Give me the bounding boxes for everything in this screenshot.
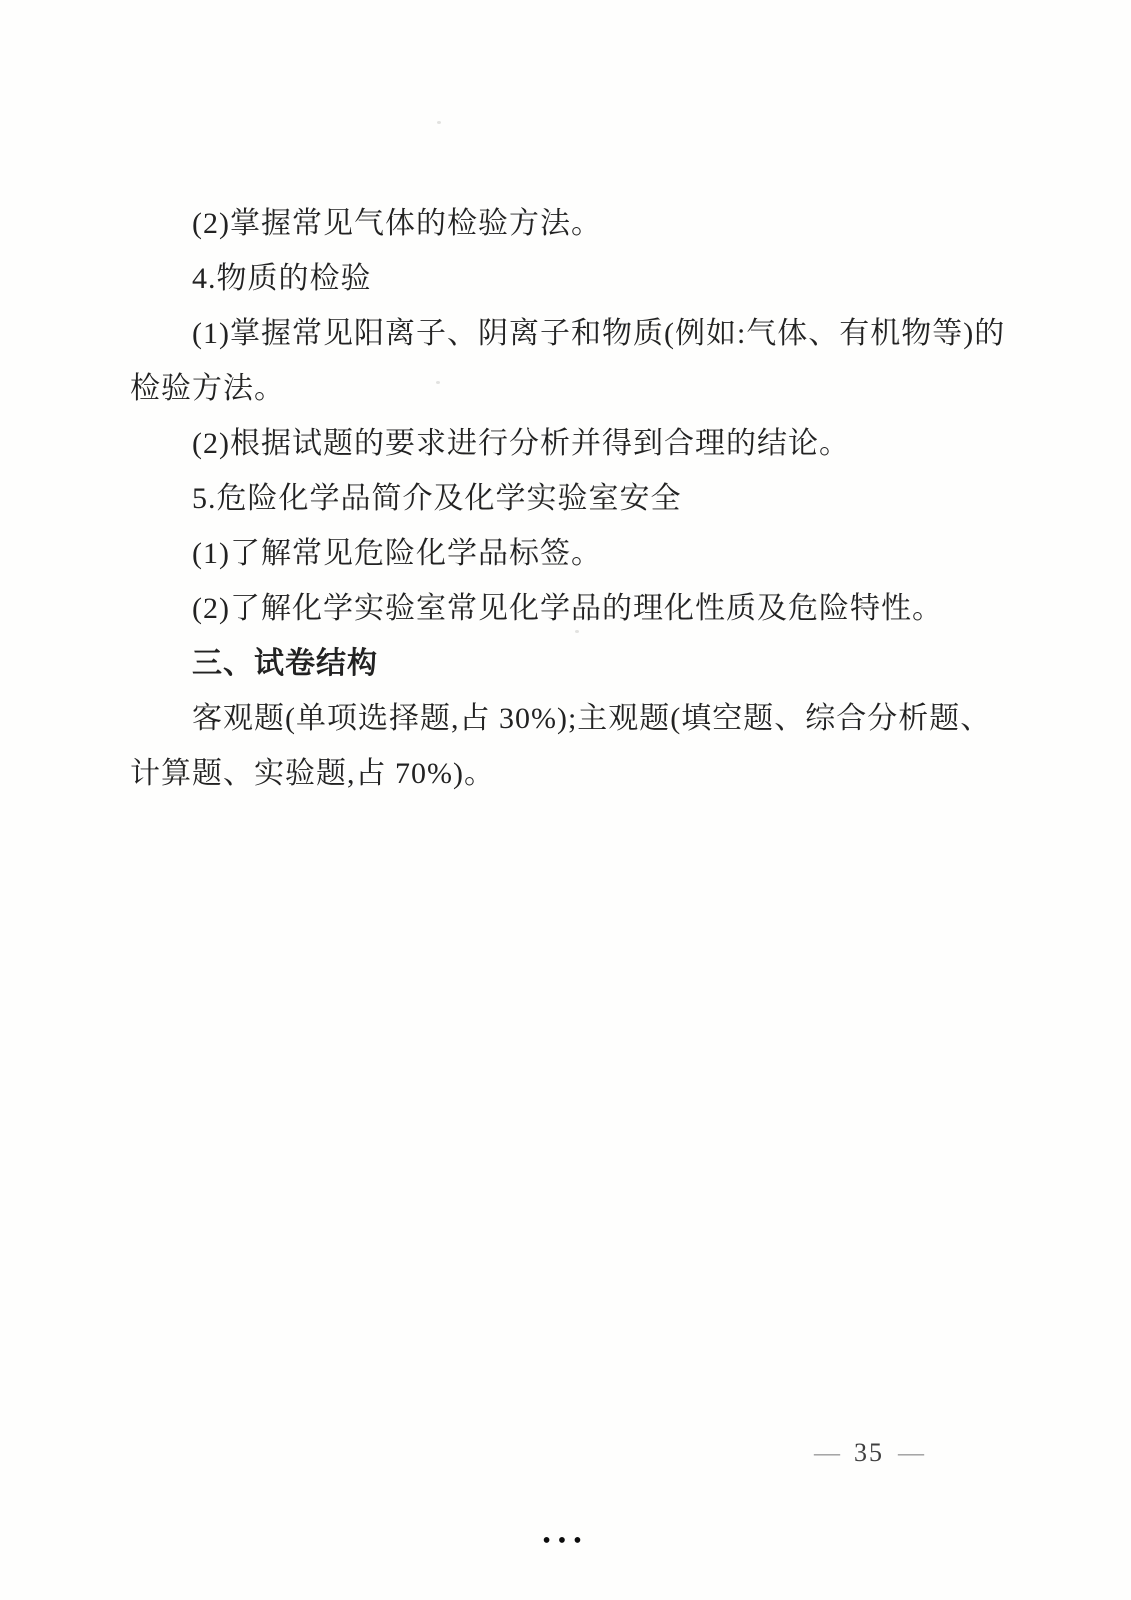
text-line: (2)根据试题的要求进行分析并得到合理的结论。 [130,416,1010,471]
scan-speck [436,381,440,384]
text-line: 检验方法。 [130,361,1010,416]
text-line: (1)掌握常见阳离子、阴离子和物质(例如:气体、有机物等)的 [130,306,1010,361]
continuation-dots: ••• [0,1528,1131,1555]
text-line: 客观题(单项选择题,占 30%);主观题(填空题、综合分析题、 [130,691,1010,746]
scan-speck [575,630,579,633]
document-page: (2)掌握常见气体的检验方法。 4.物质的检验 (1)掌握常见阳离子、阴离子和物… [0,0,1131,1600]
text-line: 4.物质的检验 [130,251,1010,306]
page-number: —35— [814,1436,924,1470]
text-line: (1)了解常见危险化学品标签。 [130,526,1010,581]
text-block: (2)掌握常见气体的检验方法。 4.物质的检验 (1)掌握常见阳离子、阴离子和物… [130,196,1010,801]
text-line: (2)掌握常见气体的检验方法。 [130,196,1010,251]
text-line: 计算题、实验题,占 70%)。 [130,746,1010,801]
page-number-dash-right: — [898,1438,924,1467]
page-number-value: 35 [854,1438,884,1467]
section-heading: 三、试卷结构 [130,636,1010,691]
page-number-dash-left: — [814,1438,840,1467]
text-line: 5.危险化学品简介及化学实验室安全 [130,471,1010,526]
text-line: (2)了解化学实验室常见化学品的理化性质及危险特性。 [130,581,1010,636]
scan-speck [437,121,441,124]
